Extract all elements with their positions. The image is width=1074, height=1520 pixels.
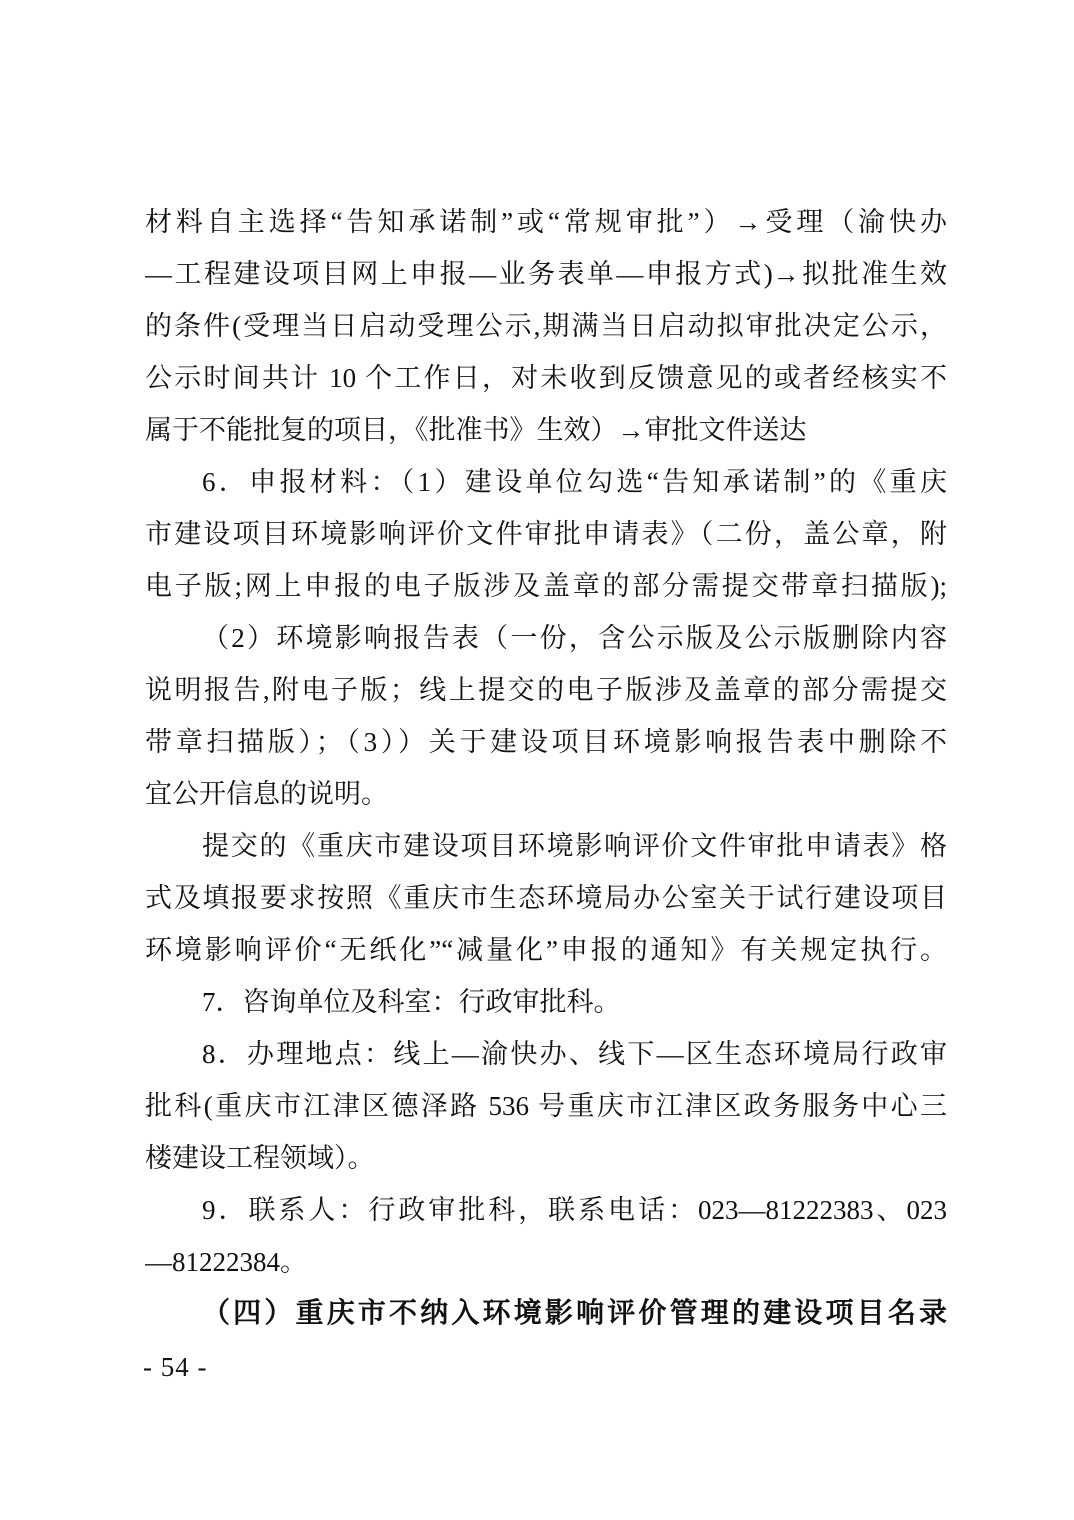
- body-line: 批科(重庆市江津区德泽路 536 号重庆市江津区政务服务中心三: [145, 1080, 947, 1132]
- body-line: 8．办理地点：线上—渝快办、线下—区生态环境局行政审: [145, 1028, 947, 1080]
- body-line: 说明报告,附电子版；线上提交的电子版涉及盖章的部分需提交: [145, 664, 947, 716]
- body-line: 环境影响评价“无纸化”“减量化”申报的通知》有关规定执行。: [145, 924, 947, 976]
- body-line: 提交的《重庆市建设项目环境影响评价文件审批申请表》格: [145, 820, 947, 872]
- body-line: 市建设项目环境影响评价文件审批申请表》（二份，盖公章，附: [145, 508, 947, 560]
- body-line: 材料自主选择“告知承诺制”或“常规审批”）→受理（渝快办: [145, 196, 947, 248]
- body-line: 式及填报要求按照《重庆市生态环境局办公室关于试行建设项目: [145, 872, 947, 924]
- body-line: 楼建设工程领域）。: [145, 1132, 947, 1184]
- body-line: 电子版;网上申报的电子版涉及盖章的部分需提交带章扫描版);: [145, 560, 947, 612]
- body-line: （2）环境影响报告表（一份，含公示版及公示版删除内容: [145, 612, 947, 664]
- body-line: 的条件(受理当日启动受理公示,期满当日启动拟审批决定公示，: [145, 300, 947, 352]
- body-line: —81222384。: [145, 1236, 947, 1288]
- body-line: 9．联系人：行政审批科，联系电话：023—81222383、023: [145, 1184, 947, 1236]
- body-line: 带章扫描版）；（3））关于建设项目环境影响报告表中删除不: [145, 716, 947, 768]
- page-number: - 54 -: [143, 1349, 207, 1385]
- body-line: 宜公开信息的说明。: [145, 768, 947, 820]
- body-line: 属于不能批复的项目，《批准书》生效）→审批文件送达: [145, 404, 947, 456]
- body-line: 7．咨询单位及科室：行政审批科。: [145, 976, 947, 1028]
- section-heading: （四）重庆市不纳入环境影响评价管理的建设项目名录: [145, 1288, 947, 1340]
- document-page: 材料自主选择“告知承诺制”或“常规审批”）→受理（渝快办 —工程建设项目网上申报…: [0, 0, 1074, 1520]
- body-line: 公示时间共计 10 个工作日，对未收到反馈意见的或者经核实不: [145, 352, 947, 404]
- body-line: —工程建设项目网上申报—业务表单—申报方式)→拟批准生效: [145, 248, 947, 300]
- document-body: 材料自主选择“告知承诺制”或“常规审批”）→受理（渝快办 —工程建设项目网上申报…: [145, 196, 947, 1340]
- body-line: 6．申报材料：（1）建设单位勾选“告知承诺制”的《重庆: [145, 456, 947, 508]
